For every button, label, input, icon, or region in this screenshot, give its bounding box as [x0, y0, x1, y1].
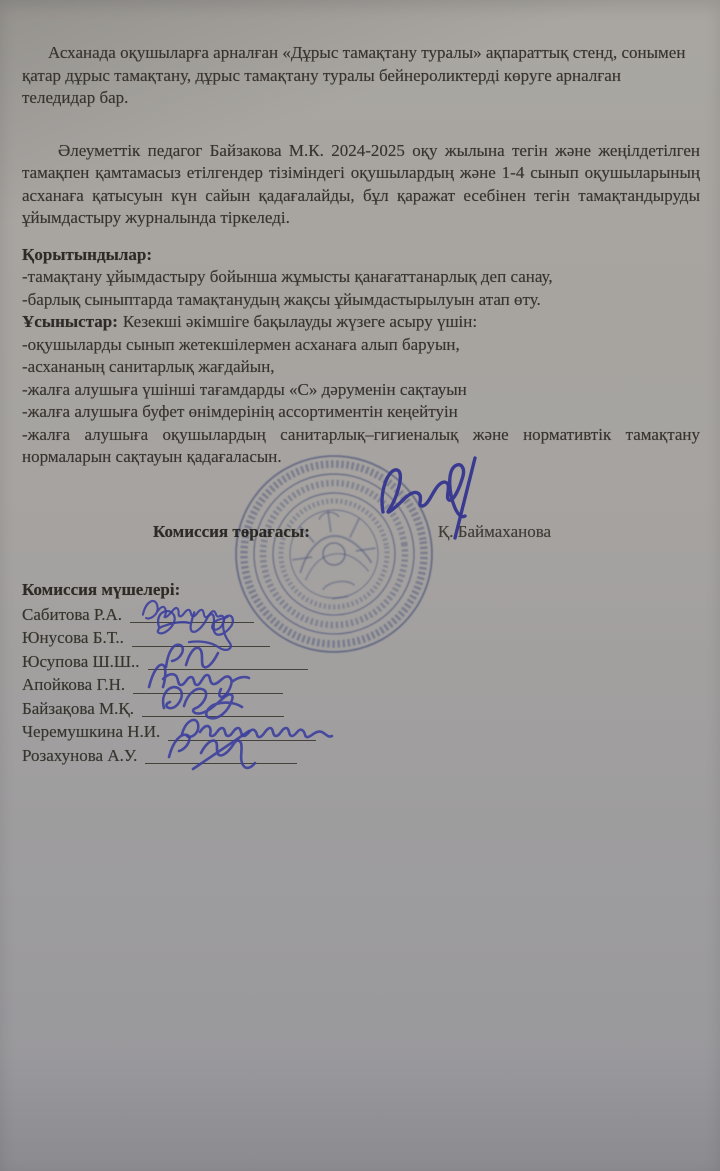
member-name: Юнусова Б.Т..: [22, 627, 124, 650]
member-name: Черемушкина Н.И.: [22, 721, 160, 744]
signature-line: [148, 669, 308, 670]
signature-line: [168, 740, 316, 741]
suggestion-item: -жалға алушыға үшінші тағамдарды «С» дәр…: [22, 379, 700, 402]
member-row: Байзақова М.Қ.: [22, 698, 700, 722]
member-row: Апойкова Г.Н.: [22, 674, 700, 698]
member-name: Апойкова Г.Н.: [22, 674, 125, 697]
signature-line: [133, 693, 283, 694]
conclusions-heading: Қорытындылар:: [22, 244, 700, 267]
signature-line: [130, 622, 254, 623]
paragraph-canteen-stand: Асханада оқушыларға арналған «Дұрыс тама…: [22, 42, 700, 110]
paragraph-social-pedagog: Әлеуметтік педагог Байзакова М.К. 2024-2…: [22, 140, 700, 230]
member-name: Розахунова А.У.: [22, 745, 137, 768]
suggestion-item: -жалға алушыға буфет өнімдерінің ассорти…: [22, 401, 700, 424]
member-row: Черемушкина Н.И.: [22, 721, 700, 745]
round-official-stamp-icon: [214, 434, 453, 673]
suggestion-item: -оқушыларды сынып жетекшілермен асханаға…: [22, 334, 700, 357]
suggestions-heading: Ұсыныстар:: [22, 312, 118, 331]
chairman-name: Қ. Баймаханова: [438, 521, 551, 544]
signature-line: [145, 763, 297, 764]
scanned-document-page: Асханада оқушыларға арналған «Дұрыс тама…: [0, 0, 720, 1171]
suggestions-heading-line: Ұсыныстар:Кезекші әкімшіге бақылауды жүз…: [22, 311, 700, 334]
member-name: Юсупова Ш.Ш..: [22, 651, 140, 674]
member-name: Байзақова М.Қ.: [22, 698, 134, 721]
member-row: Розахунова А.У.: [22, 745, 700, 769]
conclusion-item: -барлық сыныптарда тамақтанудың жақсы ұй…: [22, 289, 700, 312]
suggestion-item: -асхананың санитарлық жағдайын,: [22, 356, 700, 379]
member-name: Сабитова Р.А.: [22, 604, 122, 627]
signature-line: [142, 716, 284, 717]
conclusion-item: -тамақтану ұйымдастыру бойынша жұмысты қ…: [22, 266, 700, 289]
suggestions-intro: Кезекші әкімшіге бақылауды жүзеге асыру …: [123, 312, 477, 331]
